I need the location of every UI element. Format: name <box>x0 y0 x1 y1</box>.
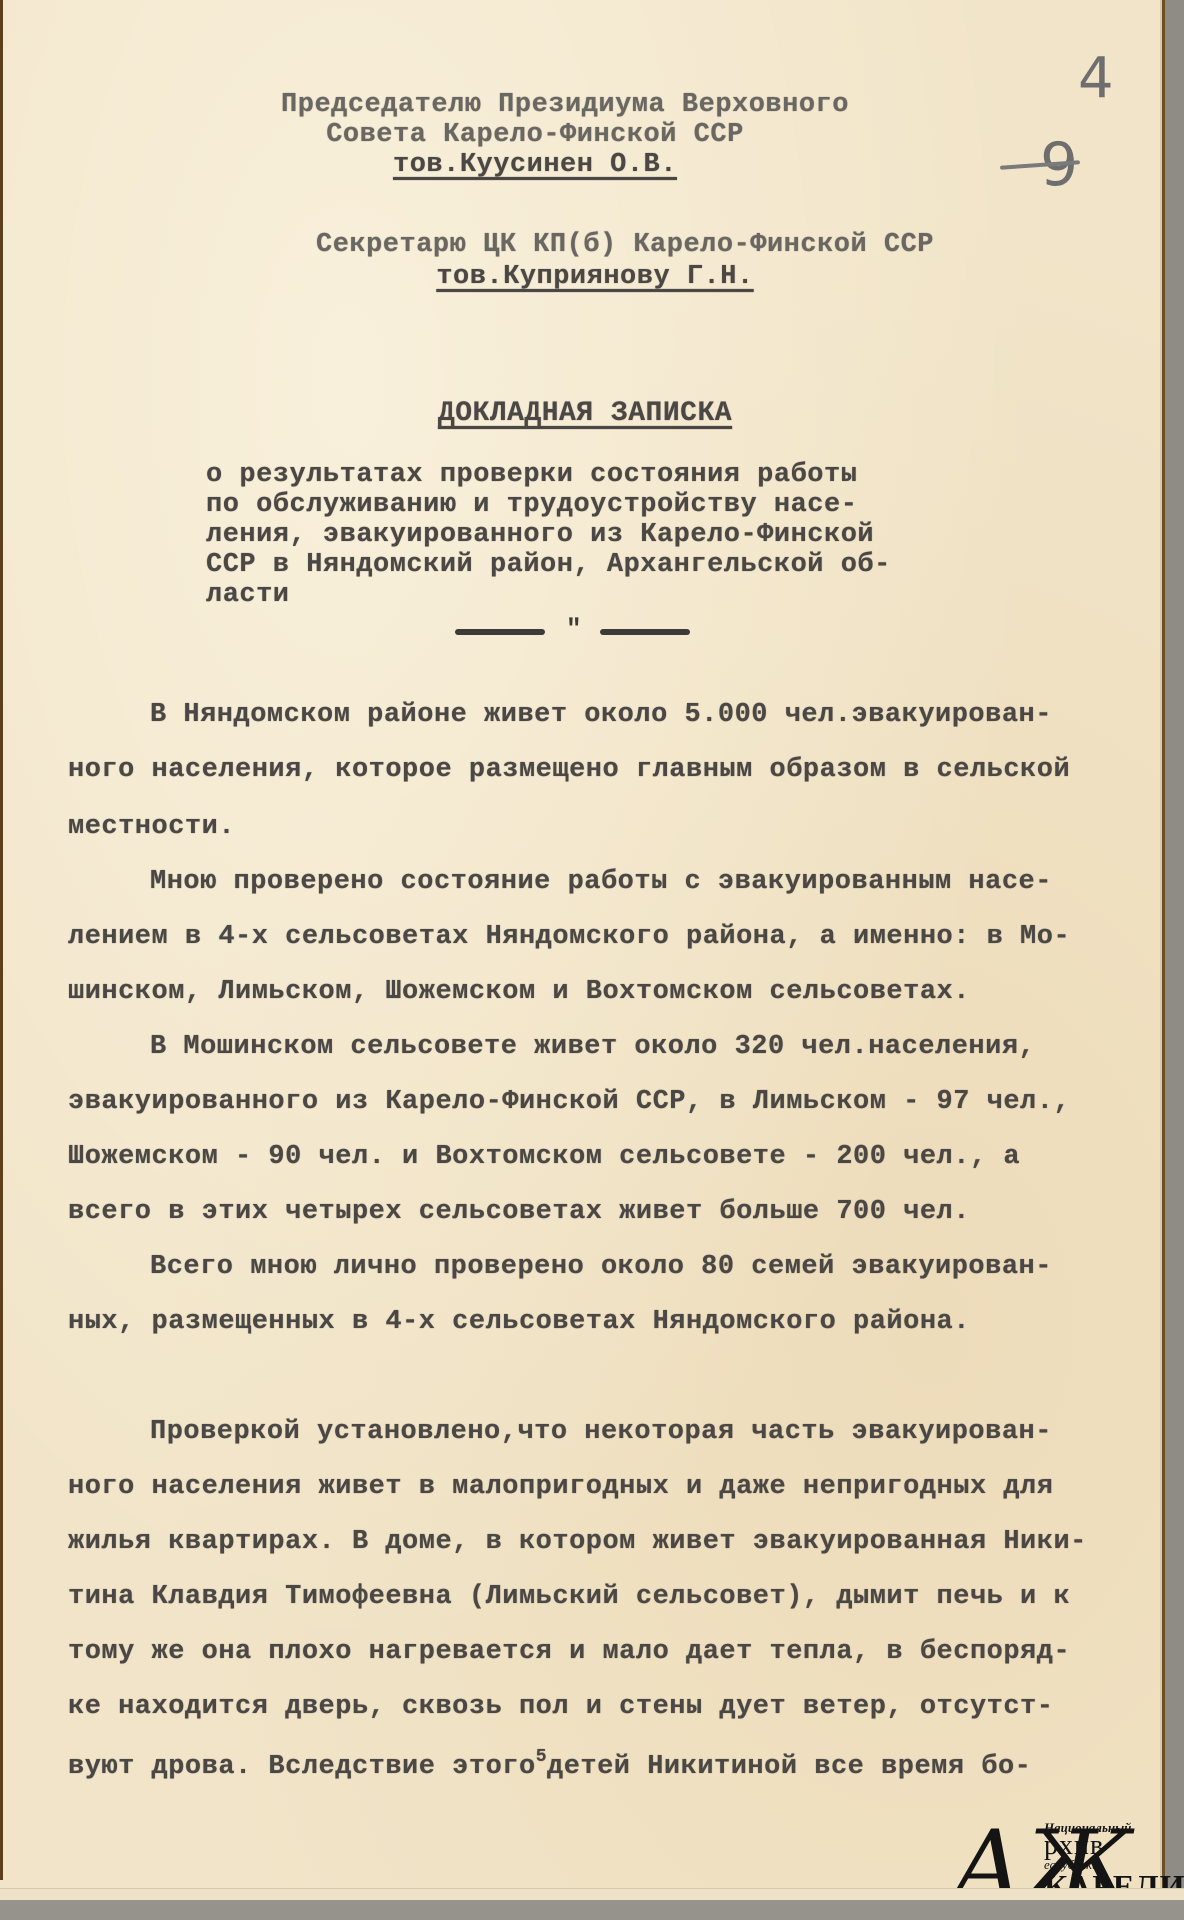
subtitle-line-4: ССР в Няндомский район, Архангельской об… <box>206 550 891 580</box>
addressee-1-name-text: тов.Куусинен О.В. <box>393 150 677 180</box>
addressee-2-name-text: тов.Куприянову Г.Н. <box>436 262 753 292</box>
paragraph-5-line-1: Проверкой установлено,что некоторая част… <box>150 1417 1052 1447</box>
paragraph-5-line-7: вуют дрова. Вследствие этого5детей Никит… <box>68 1747 1031 1782</box>
paragraph-2-line-3: шинском, Лимьском, Шожемском и Вохтомско… <box>68 977 970 1007</box>
divider-dash-right <box>600 629 690 635</box>
subtitle-line-5: ласти <box>206 580 290 610</box>
paragraph-5-line-6: ке находится дверь, сквозь пол и стены д… <box>68 1692 1053 1722</box>
paragraph-3-line-3: Шожемском - 90 чел. и Вохтомском сельсов… <box>68 1142 1020 1172</box>
paragraph-4-line-1: Всего мною лично проверено около 80 семе… <box>150 1252 1052 1282</box>
page-left-edge <box>0 0 3 1880</box>
paragraph-2-line-2: лением в 4-х сельсоветах Няндомского рай… <box>68 922 1070 952</box>
divider-mark: " <box>566 614 582 644</box>
paragraph-5-line-7-after: детей Никитиной все время бо- <box>547 1752 1031 1782</box>
handwritten-insertion-number: 5 <box>536 1747 547 1767</box>
divider-dash-left <box>455 629 545 635</box>
paragraph-5-line-3: жилья квартирах. В доме, в котором живет… <box>68 1527 1087 1557</box>
addressee-1-line1: Председателю Президиума Верховного <box>0 90 1130 120</box>
subtitle-line-3: ления, эвакуированного из Карело-Финской <box>206 520 874 550</box>
paragraph-5-line-4: тина Клавдия Тимофеевна (Лимьский сельсо… <box>68 1582 1070 1612</box>
paragraph-5-line-7-before: вуют дрова. Вследствие этого <box>68 1752 536 1782</box>
paragraph-2-line-1: Мною проверено состояние работы с эвакуи… <box>150 867 1052 897</box>
subtitle-line-2: по обслуживанию и трудоустройству насе- <box>206 490 857 520</box>
paragraph-1-line-1: В Няндомском районе живет около 5.000 че… <box>150 700 1052 730</box>
paragraph-3-line-2: эвакуированного из Карело-Финской ССР, в… <box>68 1087 1070 1117</box>
paragraph-1-line-3: местности. <box>68 812 235 842</box>
document-title-text: ДОКЛАДНАЯ ЗАПИСКА <box>438 398 732 429</box>
archival-document-page: 4 9 Председателю Президиума Верховного С… <box>0 0 1165 1900</box>
paragraph-1-line-2: ного населения, которое размещено главны… <box>68 755 1070 785</box>
addressee-2-line1: Секретарю ЦК КП(б) Карело-Финской ССР <box>60 230 1184 260</box>
paragraph-3-line-4: всего в этих четырех сельсоветах живет б… <box>68 1197 970 1227</box>
subtitle-line-1: о результатах проверки состояния работы <box>206 460 857 490</box>
paragraph-5-line-5: тому же она плохо нагревается и мало дае… <box>68 1637 1070 1667</box>
paragraph-5-line-2: ного населения живет в малопригодных и д… <box>68 1472 1053 1502</box>
scan-background <box>0 1900 1184 1920</box>
addressee-1-line2: Совета Карело-Финской ССР <box>0 120 1100 150</box>
addressee-2-name: тов.Куприянову Г.Н. <box>30 262 1160 292</box>
addressee-1-name: тов.Куусинен О.В. <box>0 150 1100 180</box>
paragraph-4-line-2: ных, размещенных в 4-х сельсоветах Няндо… <box>68 1307 970 1337</box>
paragraph-3-line-1: В Мошинском сельсовете живет около 320 ч… <box>150 1032 1035 1062</box>
document-title: ДОКЛАДНАЯ ЗАПИСКА <box>20 398 1150 429</box>
